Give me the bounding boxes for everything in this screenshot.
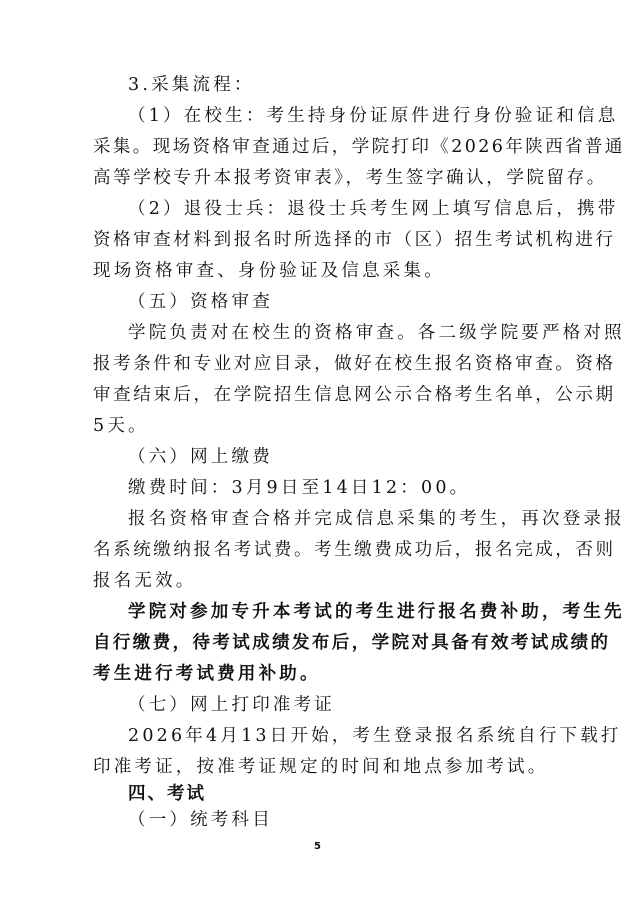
paragraph-line: 2026年4月13日开始，考生登录报名系统自行下载打 — [128, 725, 548, 747]
paragraph-line: 资格审查材料到报名时所选择的市（区）招生考试机构进行 — [93, 229, 548, 251]
paragraph-line: 高等学校专升本报考资审表》，考生签字确认，学院留存。 — [93, 167, 548, 189]
section-heading-exam: 四、考试 — [128, 783, 548, 805]
paragraph-line: （1）在校生：考生持身份证原件进行身份验证和信息 — [128, 105, 548, 127]
paragraph-line: 现场资格审查、身份验证及信息采集。 — [93, 260, 548, 282]
subsection-heading-online-payment: （六）网上缴费 — [128, 446, 548, 468]
subsection-heading-print-admission-ticket: （七）网上打印准考证 — [128, 694, 548, 716]
paragraph-line: 报名无效。 — [93, 570, 548, 592]
subsection-heading-unified-subjects: （一）统考科目 — [128, 809, 548, 831]
paragraph-line: 名系统缴纳报名考试费。考生缴费成功后，报名完成，否则 — [93, 539, 548, 561]
paragraph-line: 报名资格审查合格并完成信息采集的考生，再次登录报 — [128, 508, 548, 530]
bold-paragraph-line: 自行缴费，待考试成绩发布后，学院对具备有效考试成绩的 — [93, 632, 548, 654]
paragraph-line: 报考条件和专业对应目录，做好在校生报名资格审查。资格 — [93, 353, 548, 375]
paragraph-line: 采集。现场资格审查通过后，学院打印《2026年陕西省普通 — [93, 136, 548, 158]
paragraph-line: 5天。 — [93, 415, 548, 437]
paragraph-line: 审查结束后，在学院招生信息网公示合格考生名单，公示期 — [93, 384, 548, 406]
paragraph-line: 学院负责对在校生的资格审查。各二级学院要严格对照 — [128, 322, 548, 344]
page-number: 5 — [0, 841, 635, 852]
payment-time: 缴费时间：3月9日至14日12：00。 — [128, 477, 548, 499]
subsection-heading-qualification-review: （五）资格审查 — [128, 291, 548, 313]
paragraph-line: 印准考证，按准考证规定的时间和地点参加考试。 — [93, 756, 548, 778]
document-page: 3.采集流程： （1）在校生：考生持身份证原件进行身份验证和信息 采集。现场资格… — [0, 0, 635, 903]
bold-paragraph-line: 学院对参加专升本考试的考生进行报名费补助，考生先 — [128, 601, 548, 623]
section-heading-collection-process: 3.采集流程： — [128, 74, 548, 96]
bold-paragraph-line: 考生进行考试费用补助。 — [93, 663, 548, 685]
paragraph-line: （2）退役士兵：退役士兵考生网上填写信息后，携带 — [128, 198, 548, 220]
